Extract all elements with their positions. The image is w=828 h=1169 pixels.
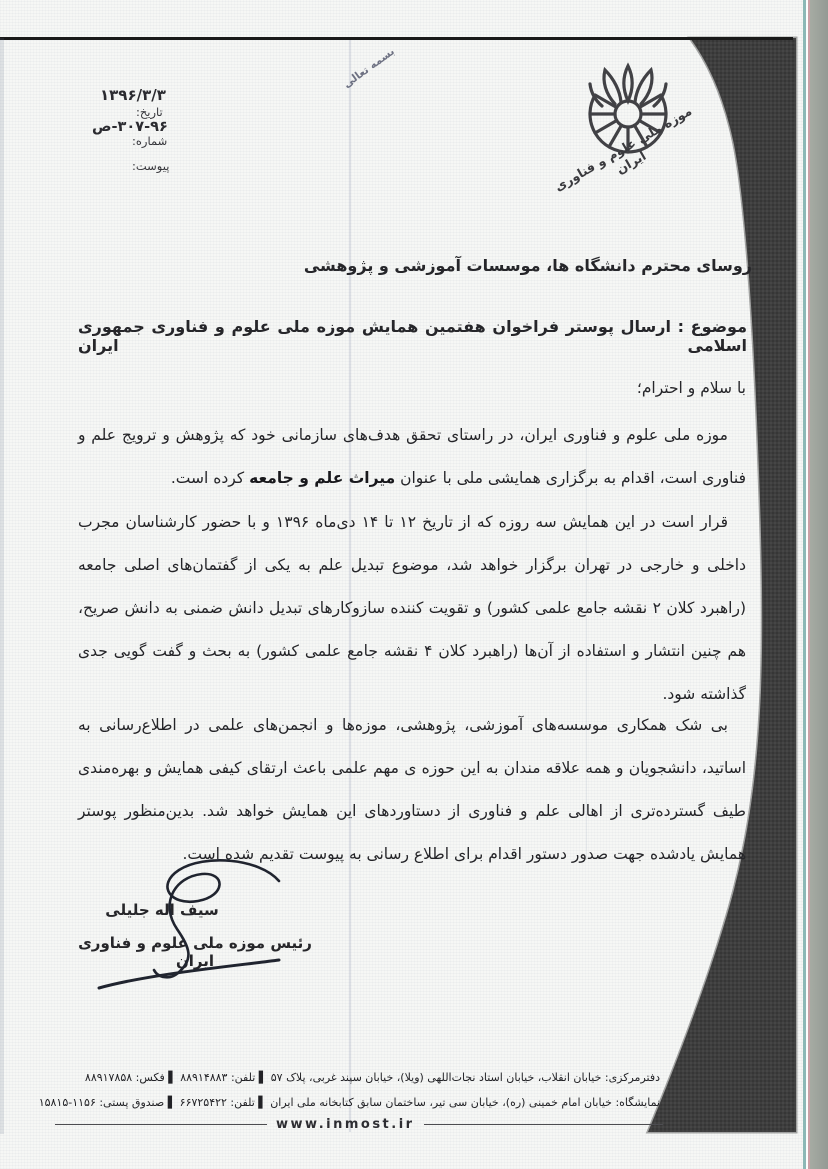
date-label: تاریخ: bbox=[136, 105, 163, 119]
footer-address-line-1: دفترمرکزی: خیابان انقلاب، خیابان استاد ن… bbox=[32, 1070, 660, 1085]
website-row: www.inmost.ir bbox=[55, 1112, 663, 1136]
letter-number-value: ۳۰۷-۹۶-ص bbox=[92, 119, 168, 135]
recipient-line: روسای محترم دانشگاه ها، موسسات آموزشی و … bbox=[252, 256, 752, 275]
letter-number-label: شماره: bbox=[132, 134, 167, 148]
website-rule-right bbox=[424, 1124, 663, 1125]
date-value: ۱۳۹۶/۳/۳ bbox=[100, 86, 166, 104]
website-url: www.inmost.ir bbox=[276, 1117, 415, 1132]
left-page-edge-shade bbox=[0, 38, 4, 1134]
paragraph-2: قرار است در این همایش سه روزه که از تاری… bbox=[78, 501, 746, 716]
subject-line: موضوع : ارسال پوستر فراخوان هفتمین همایش… bbox=[78, 317, 747, 355]
paragraph-1-bold-phrase: میراث علم و جامعه bbox=[249, 469, 395, 487]
signature-scrawl bbox=[74, 856, 306, 1006]
paragraph-1: موزه ملی علوم و فناوری ایران، در راستای … bbox=[78, 414, 746, 500]
salutation-line: با سلام و احترام؛ bbox=[446, 379, 746, 397]
attachment-label: پیوست: bbox=[132, 159, 169, 173]
scanned-letter-page: ۱۳۹۶/۳/۳ تاریخ: ۳۰۷-۹۶-ص شماره: پیوست: ب… bbox=[0, 0, 828, 1169]
paragraph-3: بی شک همکاری موسسه‌های آموزشی، پژوهشی، م… bbox=[78, 704, 746, 876]
website-rule-left bbox=[55, 1124, 267, 1125]
scanner-background-strip bbox=[810, 0, 828, 1169]
paragraph-1-tail: کرده است. bbox=[171, 469, 249, 487]
footer-address-line-2: نمایشگاه: خیابان امام خمینی (ره)، خیابان… bbox=[32, 1095, 660, 1110]
